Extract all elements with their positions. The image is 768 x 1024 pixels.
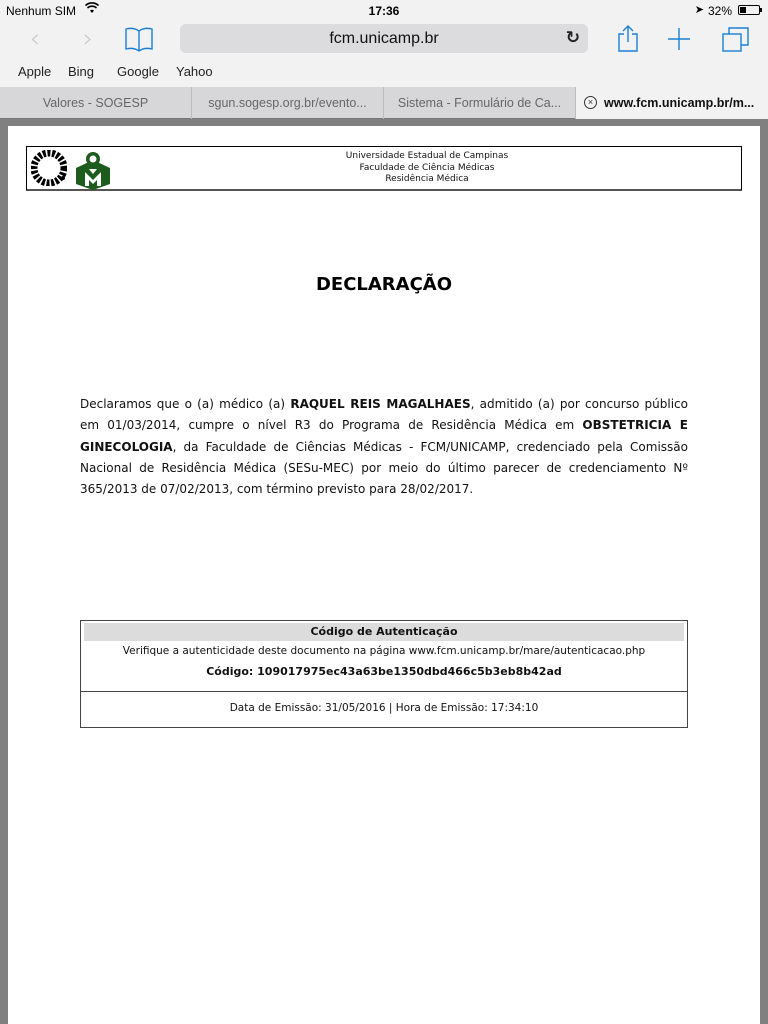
document-title: DECLARAÇÃO [8, 274, 760, 295]
institution-header: Universidade Estadual de Campinas Faculd… [277, 151, 577, 186]
divider [81, 691, 687, 692]
document-header: Universidade Estadual de Campinas Faculd… [26, 146, 742, 191]
physician-name: RAQUEL REIS MAGALHAES [290, 397, 470, 411]
favorite-google[interactable]: Google [117, 64, 159, 79]
new-tab-button[interactable] [666, 26, 692, 52]
favorite-yahoo[interactable]: Yahoo [176, 64, 213, 79]
auth-verify-text: Verifique a autenticidade deste document… [81, 645, 687, 657]
authentication-box: Código de Autenticação Verifique a auten… [80, 620, 688, 728]
tab-label: www.fcm.unicamp.br/m... [604, 96, 754, 110]
close-tab-icon[interactable]: × [584, 96, 597, 109]
tab-valores-sogesp[interactable]: Valores - SOGESP [0, 87, 192, 119]
battery-percent: 32% [708, 4, 732, 18]
favorite-apple[interactable]: Apple [18, 64, 51, 79]
unicamp-logo-icon [31, 150, 67, 186]
share-icon [617, 24, 639, 52]
fcm-logo-icon [73, 150, 113, 190]
url-text[interactable]: fcm.unicamp.br [180, 30, 588, 48]
faculty-name: Faculdade de Ciência Médicas [277, 163, 577, 175]
bookmarks-button[interactable] [124, 26, 154, 52]
reload-icon[interactable]: ↻ [566, 28, 580, 48]
share-button[interactable] [617, 24, 639, 52]
location-arrow-icon: ➤ [695, 3, 704, 16]
favorites-bar: Apple Bing Google Yahoo [0, 64, 768, 82]
document-page: Universidade Estadual de Campinas Faculd… [8, 126, 760, 1024]
address-bar[interactable]: fcm.unicamp.br ↻ [180, 24, 588, 53]
tab-strip: Valores - SOGESP sgun.sogesp.org.br/even… [0, 87, 768, 119]
auth-code: Código: 109017975ec43a63be1350dbd466c5b3… [81, 665, 687, 678]
battery-icon [738, 5, 760, 15]
plus-icon [666, 26, 692, 52]
favorite-bing[interactable]: Bing [68, 64, 94, 79]
clock: 17:36 [0, 4, 768, 18]
tabs-icon [722, 26, 750, 52]
tab-fcm-unicamp[interactable]: × www.fcm.unicamp.br/m... [576, 87, 768, 119]
declaration-text: Declaramos que o (a) médico (a) RAQUEL R… [80, 394, 688, 500]
browser-chrome: Nenhum SIM 17:36 ➤ 32% ‹ › fcm.unicamp.b… [0, 0, 768, 87]
book-icon [124, 26, 154, 52]
back-button[interactable]: ‹ [20, 24, 50, 54]
status-bar: Nenhum SIM 17:36 ➤ 32% [0, 0, 768, 20]
department-name: Residência Médica [277, 174, 577, 186]
declaration-intro: Declaramos que o (a) médico (a) [80, 397, 290, 411]
university-name: Universidade Estadual de Campinas [277, 151, 577, 163]
emission-datetime: Data de Emissão: 31/05/2016 | Hora de Em… [81, 702, 687, 714]
show-tabs-button[interactable] [722, 26, 750, 52]
auth-heading: Código de Autenticação [84, 623, 684, 641]
tab-sgun-sogesp[interactable]: sgun.sogesp.org.br/evento... [192, 87, 384, 119]
tab-sistema-formulario[interactable]: Sistema - Formulário de Ca... [384, 87, 576, 119]
forward-button[interactable]: › [73, 24, 103, 54]
